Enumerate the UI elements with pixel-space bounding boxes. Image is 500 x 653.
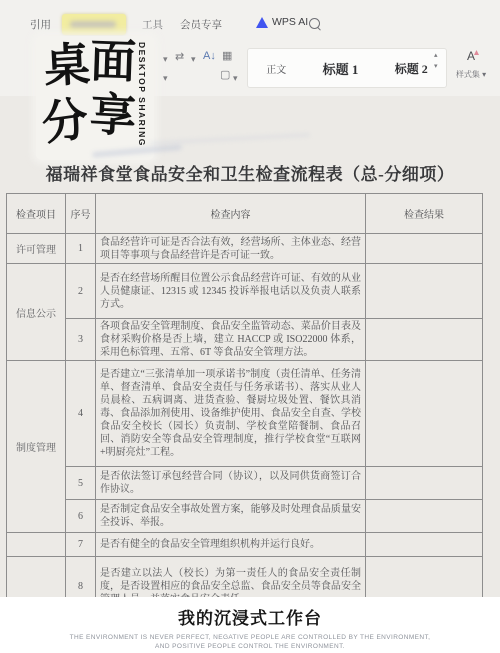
number-cell[interactable]: 1 xyxy=(66,234,96,264)
banner-english-text: THE ENVIRONMENT IS NEVER PERFECT, NEGATI… xyxy=(0,633,500,651)
content-cell[interactable]: 是否依法签订承包经营合同（协议），以及同供货商签订合作协议。 xyxy=(96,467,366,500)
category-cell[interactable] xyxy=(7,557,66,601)
number-cell[interactable]: 3 xyxy=(66,319,96,361)
watermark-char: 桌 xyxy=(43,41,91,89)
table-row: 许可管理1食品经营许可证是否合法有效，经营场所、主体业态、经营项目等事项与食品经… xyxy=(7,234,483,264)
checklist-table-wrap: 检查项目 序号 检查内容 检查结果 许可管理1食品经营许可证是否合法有效，经营场… xyxy=(6,193,483,600)
square-border-icon[interactable]: ▢ xyxy=(220,71,230,80)
sort-az-icon[interactable]: A↓ xyxy=(203,52,216,61)
desktop-sharing-watermark: 桌 面 分 享 DESKTOP SHARING xyxy=(36,36,154,160)
desktop-sharing-text: DESKTOP SHARING xyxy=(137,42,147,147)
content-cell[interactable]: 是否建立以法人（校长）为第一责任人的食品安全责任制度，是否设置相应的食品安全总监… xyxy=(96,557,366,601)
watermark-char: 分 xyxy=(39,95,91,147)
header-item[interactable]: 检查项目 xyxy=(7,194,66,234)
bottom-banner: 我的沉浸式工作台 THE ENVIRONMENT IS NEVER PERFEC… xyxy=(0,597,500,653)
blurred-label xyxy=(70,21,116,28)
caret-down-icon[interactable]: ▾ xyxy=(191,55,196,64)
result-cell[interactable] xyxy=(366,234,483,264)
caret-down-icon[interactable]: ▾ xyxy=(163,55,168,64)
result-cell[interactable] xyxy=(366,467,483,500)
number-cell[interactable]: 7 xyxy=(66,533,96,557)
menu-item-tools[interactable]: 工具 xyxy=(142,17,163,32)
swap-arrows-icon[interactable]: ⇄ xyxy=(175,53,184,62)
gallery-scroll-buttons[interactable]: ▴▾ xyxy=(434,52,438,70)
wps-ai-label: WPS AI xyxy=(272,16,308,28)
table-header-row: 检查项目 序号 检查内容 检查结果 xyxy=(7,194,483,234)
menu-item-references[interactable]: 引用 xyxy=(30,17,51,32)
style-gallery: 正文 标题 1 标题 2 xyxy=(247,48,447,88)
result-cell[interactable] xyxy=(366,533,483,557)
watermark-char: 面 xyxy=(89,37,137,85)
checklist-table: 检查项目 序号 检查内容 检查结果 许可管理1食品经营许可证是否合法有效，经营场… xyxy=(6,193,483,600)
banner-line1: THE ENVIRONMENT IS NEVER PERFECT, NEGATI… xyxy=(0,633,500,642)
table-row: 7是否有健全的食品安全管理组织机构并运行良好。 xyxy=(7,533,483,557)
number-cell[interactable]: 6 xyxy=(66,500,96,533)
content-cell[interactable]: 各项食品安全管理制度、食品安全监管动态、菜品价目表及食材采购价格是否上墙，建立 … xyxy=(96,319,366,361)
number-cell[interactable]: 5 xyxy=(66,467,96,500)
header-number[interactable]: 序号 xyxy=(66,194,96,234)
caret-up-icon[interactable]: ▴ xyxy=(434,52,438,59)
table-row: 6是否制定食品安全事故处置方案，能够及时处理食品质量安全投诉、举报。 xyxy=(7,500,483,533)
table-row: 信息公示2是否在经营场所醒目位置公示食品经营许可证、有效的从业人员健康证、123… xyxy=(7,264,483,319)
style-set-icon: A xyxy=(467,49,475,63)
table-row: 5是否依法签订承包经营合同（协议），以及同供货商签订合作协议。 xyxy=(7,467,483,500)
number-cell[interactable]: 4 xyxy=(66,361,96,467)
content-cell[interactable]: 食品经营许可证是否合法有效，经营场所、主体业态、经营项目等事项与食品经营许是否可… xyxy=(96,234,366,264)
styleset-button[interactable]: A 样式集 ▾ xyxy=(450,47,492,80)
screen: 引用 工具 会员专享 WPS AI ▾ ⇄ ▾ A↓ ▦ ▾ ▢ ▾ 正文 标题… xyxy=(0,0,500,653)
caret-down-icon[interactable]: ▾ xyxy=(163,74,168,83)
menu-item-highlighted[interactable] xyxy=(62,14,126,35)
table-row: 3各项食品安全管理制度、食品安全监管动态、菜品价目表及食材采购价格是否上墙，建立… xyxy=(7,319,483,361)
result-cell[interactable] xyxy=(366,500,483,533)
category-cell[interactable]: 信息公示 xyxy=(7,264,66,361)
table-row: 8是否建立以法人（校长）为第一责任人的食品安全责任制度，是否设置相应的食品安全总… xyxy=(7,557,483,601)
banner-title: 我的沉浸式工作台 xyxy=(0,604,500,629)
category-cell[interactable] xyxy=(7,533,66,557)
number-cell[interactable]: 2 xyxy=(66,264,96,319)
styleset-label: 样式集 ▾ xyxy=(450,69,492,80)
wps-ai-logo-icon xyxy=(256,17,268,28)
category-cell[interactable]: 许可管理 xyxy=(7,234,66,264)
table-row: 制度管理4是否建立“三张清单加一项承诺书”制度（责任清单、任务清单、督查清单、食… xyxy=(7,361,483,467)
watermark-char: 享 xyxy=(89,91,137,139)
category-cell[interactable]: 制度管理 xyxy=(7,361,66,533)
caret-down-icon[interactable]: ▾ xyxy=(434,63,438,70)
content-cell[interactable]: 是否在经营场所醒目位置公示食品经营许可证、有效的从业人员健康证、12315 或 … xyxy=(96,264,366,319)
content-cell[interactable]: 是否建立“三张清单加一项承诺书”制度（责任清单、任务清单、督查清单、食品安全责任… xyxy=(96,361,366,467)
number-cell[interactable]: 8 xyxy=(66,557,96,601)
style-normal[interactable]: 正文 xyxy=(266,61,286,76)
style-heading1[interactable]: 标题 1 xyxy=(323,59,359,78)
search-icon[interactable] xyxy=(309,18,320,29)
wps-ai-button[interactable]: WPS AI xyxy=(256,16,308,28)
style-heading2[interactable]: 标题 2 xyxy=(395,60,428,77)
result-cell[interactable] xyxy=(366,264,483,319)
document-title[interactable]: 福瑞祥食堂食品安全和卫生检查流程表（总-分细项） xyxy=(0,160,500,185)
checklist-table-body: 许可管理1食品经营许可证是否合法有效，经营场所、主体业态、经营项目等事项与食品经… xyxy=(7,234,483,601)
content-cell[interactable]: 是否有健全的食品安全管理组织机构并运行良好。 xyxy=(96,533,366,557)
banner-line2: AND POSITIVE PEOPLE CONTROL THE ENVIRONM… xyxy=(0,642,500,651)
result-cell[interactable] xyxy=(366,557,483,601)
menu-bar: 引用 工具 会员专享 WPS AI xyxy=(0,14,500,36)
result-cell[interactable] xyxy=(366,319,483,361)
content-cell[interactable]: 是否制定食品安全事故处置方案，能够及时处理食品质量安全投诉、举报。 xyxy=(96,500,366,533)
result-cell[interactable] xyxy=(366,361,483,467)
header-result[interactable]: 检查结果 xyxy=(366,194,483,234)
menu-item-membership[interactable]: 会员专享 xyxy=(180,17,222,32)
header-content[interactable]: 检查内容 xyxy=(96,194,366,234)
caret-down-icon[interactable]: ▾ xyxy=(233,74,238,83)
glare-streak xyxy=(150,133,310,145)
border-box-icon[interactable]: ▦ xyxy=(222,52,232,61)
